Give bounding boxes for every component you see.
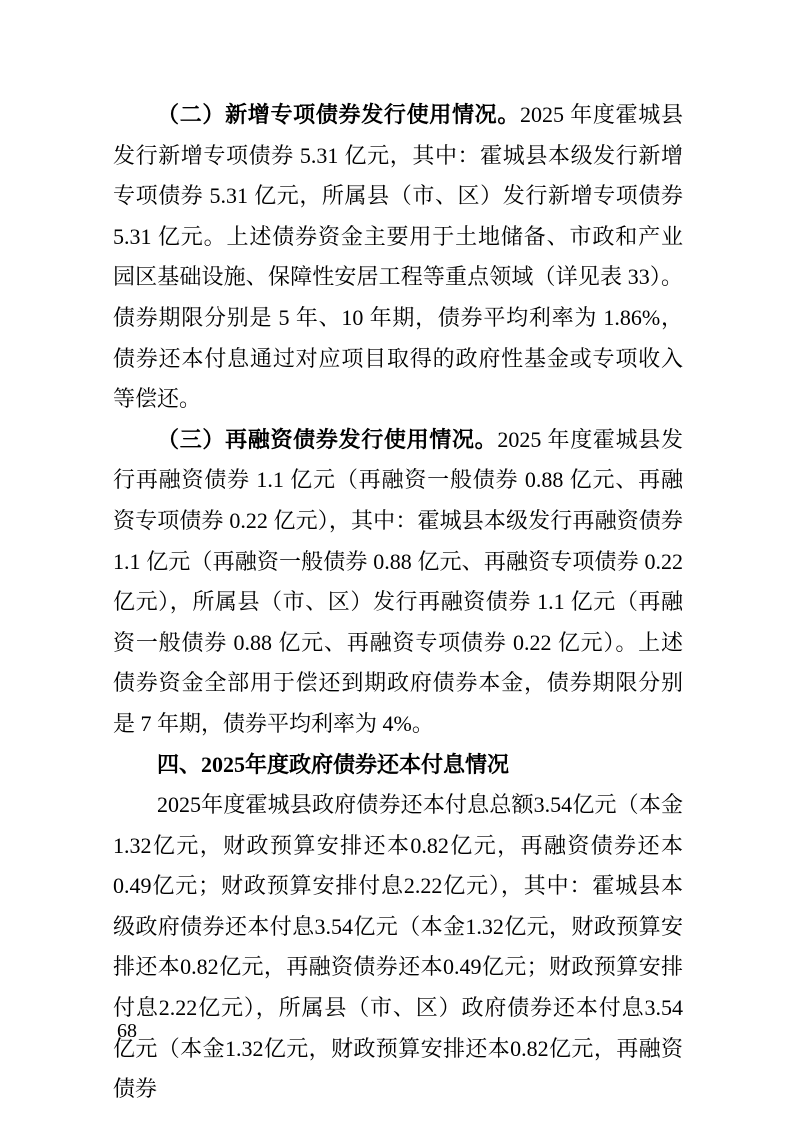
section-4-heading: 四、2025年度政府债券还本付息情况 <box>113 745 683 786</box>
page-footer: 68 <box>117 1018 137 1044</box>
paragraph-debt-service: 2025年度霍城县政府债券还本付息总额3.54亿元（本金1.32亿元，财政预算安… <box>113 785 683 1110</box>
paragraph-refinancing-bonds-text: 2025 年度霍城县发行再融资债券 1.1 亿元（再融资一般债券 0.88 亿元… <box>113 427 683 736</box>
paragraph-refinancing-bonds: （三）再融资债券发行使用情况。2025 年度霍城县发行再融资债券 1.1 亿元（… <box>113 420 683 745</box>
paragraph-refinancing-bonds-lead: （三）再融资债券发行使用情况。 <box>157 427 497 452</box>
paragraph-new-special-bonds: （二）新增专项债券发行使用情况。2025 年度霍城县发行新增专项债券 5.31 … <box>113 95 683 420</box>
document-page: （二）新增专项债券发行使用情况。2025 年度霍城县发行新增专项债券 5.31 … <box>0 0 793 1122</box>
page-number: 68 <box>117 1020 137 1042</box>
document-body: （二）新增专项债券发行使用情况。2025 年度霍城县发行新增专项债券 5.31 … <box>113 95 683 1110</box>
paragraph-new-special-bonds-lead: （二）新增专项债券发行使用情况。 <box>157 102 520 127</box>
paragraph-new-special-bonds-text: 2025 年度霍城县发行新增专项债券 5.31 亿元，其中：霍城县本级发行新增专… <box>113 102 683 411</box>
